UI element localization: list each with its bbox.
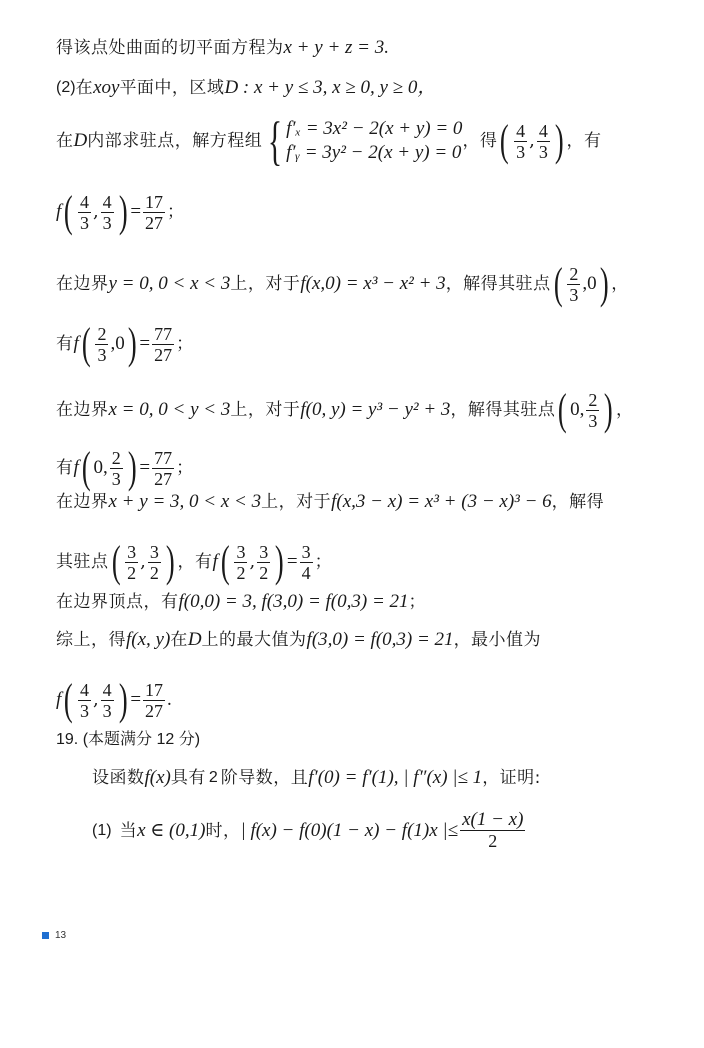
left-paren: ( <box>64 678 73 722</box>
fraction: 32 <box>125 542 138 583</box>
page-marker-icon <box>42 932 49 939</box>
minimum-value-line: f ( 43, 43 ) = 1727 . <box>56 678 172 722</box>
fraction: 43 <box>101 680 114 721</box>
fraction: 34 <box>300 542 313 583</box>
denominator: 3 <box>78 213 91 233</box>
fraction: 23 <box>110 448 123 489</box>
text: 得该点处曲面的切平面方程为 <box>56 36 284 60</box>
heading-text: 19. (本题满分 12 分) <box>56 728 200 752</box>
left-paren: ( <box>82 322 91 366</box>
numerator: 4 <box>101 192 114 213</box>
numerator: 2 <box>586 390 599 411</box>
fraction: 32 <box>148 542 161 583</box>
math: 0, <box>93 456 107 480</box>
part-label: (1) <box>92 819 112 843</box>
text: ， <box>616 398 634 422</box>
text: ； <box>176 456 194 480</box>
text: ，最小值为 <box>454 628 542 652</box>
denominator: 3 <box>101 213 114 233</box>
left-paren: ( <box>221 540 230 584</box>
numerator: 4 <box>78 680 91 701</box>
denominator: 3 <box>95 345 108 365</box>
text: ，解得其驻点 <box>450 398 555 422</box>
math: f <box>213 550 218 574</box>
boundary-diagonal-line: 在边界 x + y = 3, 0 < x < 3 上，对于 f(x,3 − x)… <box>56 490 604 514</box>
denominator: 3 <box>567 285 580 305</box>
math: D <box>74 129 88 153</box>
fraction: 43 <box>537 121 550 162</box>
fraction: 23 <box>586 390 599 431</box>
fraction: 32 <box>234 542 247 583</box>
conclusion-line: 综上，得 f(x, y) 在 D 上的最大值为 f(3,0) = f(0,3) … <box>56 628 541 652</box>
right-paren: ) <box>275 540 284 584</box>
text: ； <box>176 332 194 356</box>
numerator: 3 <box>234 542 247 563</box>
denominator: 3 <box>110 469 123 489</box>
numerator: 77 <box>152 324 174 345</box>
denominator: 3 <box>101 701 114 721</box>
right-paren: ) <box>119 678 128 722</box>
text: ， <box>611 272 629 296</box>
math: f <box>56 200 61 224</box>
page-number: 13 <box>55 930 66 941</box>
fraction: 43 <box>514 121 527 162</box>
math: y = 0, 0 < x < 3 <box>109 272 231 296</box>
numerator: 4 <box>514 121 527 142</box>
boundary-x0-value-line: 有 f ( 0, 23 ) = 7727 ； <box>56 446 194 490</box>
text: 综上，得 <box>56 628 126 652</box>
stationary-point-interior-line: 在 D 内部求驻点，解方程组 { f′ₓ = 3x² − 2(x + y) = … <box>56 114 601 168</box>
boundary-diagonal-value-line: 其驻点 ( 32, 32 ) ，有 f ( 32, 32 ) = 34 ； <box>56 540 332 584</box>
denominator: 2 <box>486 831 499 851</box>
math: ,0 <box>582 272 596 296</box>
question-19-heading: 19. (本题满分 12 分) <box>56 728 200 752</box>
text: 有 <box>56 456 74 480</box>
math: f <box>74 456 79 480</box>
text: 平面中，区域 <box>119 76 224 100</box>
denominator: 27 <box>143 701 165 721</box>
text: 在边界顶点，有 <box>56 590 179 614</box>
denominator: 2 <box>125 563 138 583</box>
numerator: 2 <box>567 264 580 285</box>
numerator: 3 <box>125 542 138 563</box>
numerator: 2 <box>95 324 108 345</box>
text: 在边界 <box>56 272 109 296</box>
tangent-plane-line: 得该点处曲面的切平面方程为 x + y + z = 3. <box>56 36 389 60</box>
text: 在 <box>170 628 188 652</box>
fraction: 43 <box>78 192 91 233</box>
denominator: 3 <box>514 142 527 162</box>
equals: = <box>139 332 150 356</box>
numerator: 3 <box>148 542 161 563</box>
math: f(3,0) = f(0,3) = 21 <box>307 628 454 652</box>
right-paren: ) <box>166 540 175 584</box>
math: f′(0) = f′(1), | f″(x) |≤ 1 <box>308 766 482 790</box>
numerator: 77 <box>152 448 174 469</box>
text: ，解得其驻点 <box>446 272 551 296</box>
fraction: 43 <box>78 680 91 721</box>
equals: = <box>130 688 141 712</box>
left-paren: ( <box>64 190 73 234</box>
left-paren: ( <box>554 262 563 306</box>
text: ，解得 <box>552 490 605 514</box>
math: f(x,3 − x) = x³ + (3 − x)³ − 6 <box>331 490 552 514</box>
math: f(x) <box>145 766 171 790</box>
math: x = 0, 0 < y < 3 <box>109 398 231 422</box>
equation-2: f′ᵧ = 3y² − 2(x + y) = 0 <box>286 141 462 165</box>
numerator: 4 <box>101 680 114 701</box>
text: 上，对于 <box>230 272 300 296</box>
text: 上，对于 <box>230 398 300 422</box>
right-paren: ) <box>555 119 564 163</box>
text: 上的最大值为 <box>202 628 307 652</box>
fraction: 23 <box>567 264 580 305</box>
right-paren: ) <box>128 322 137 366</box>
right-paren: ) <box>604 388 613 432</box>
text: 在边界 <box>56 398 109 422</box>
equals: = <box>130 200 141 224</box>
math: f <box>74 332 79 356</box>
text: 在边界 <box>56 490 109 514</box>
text: 当 <box>120 819 138 843</box>
math: ,0 <box>110 332 124 356</box>
page-footer: 13 <box>42 930 66 941</box>
boundary-y0-value-line: 有 f ( 23 ,0 ) = 7727 ； <box>56 322 194 366</box>
left-paren: ( <box>558 388 567 432</box>
text: 内部求驻点，解方程组 <box>87 129 262 153</box>
math: xoy <box>93 76 119 100</box>
fraction: 32 <box>257 542 270 583</box>
interior-value-line: f ( 43, 43 ) = 1727 ； <box>56 190 185 234</box>
denominator: 4 <box>300 563 313 583</box>
text: 在 <box>56 129 74 153</box>
math: | f(x) − f(0)(1 − x) − f(1)x |≤ <box>240 819 458 843</box>
numerator: 4 <box>537 121 550 142</box>
text: ； <box>315 550 333 574</box>
denominator: 27 <box>152 345 174 365</box>
left-paren: ( <box>82 446 91 490</box>
numerator: 17 <box>143 680 165 701</box>
denominator: 27 <box>143 213 165 233</box>
text: 时， <box>205 819 240 843</box>
text: 有 <box>56 332 74 356</box>
equals: = <box>139 456 150 480</box>
fraction: 7727 <box>152 448 174 489</box>
denominator: 3 <box>537 142 550 162</box>
text: 阶导数，且 <box>221 766 309 790</box>
numerator: 3 <box>300 542 313 563</box>
fraction: 1727 <box>143 680 165 721</box>
math: 0, <box>570 398 584 422</box>
denominator: 3 <box>78 701 91 721</box>
vertex-values-line: 在边界顶点，有 f(0,0) = 3, f(3,0) = f(0,3) = 21… <box>56 590 426 614</box>
fraction: 7727 <box>152 324 174 365</box>
text: 在 <box>76 76 94 100</box>
numerator: x(1 − x) <box>460 810 525 831</box>
right-paren: ) <box>119 190 128 234</box>
boundary-x0-line: 在边界 x = 0, 0 < y < 3 上，对于 f(0, y) = y³ −… <box>56 388 634 432</box>
denominator: 27 <box>152 469 174 489</box>
equation-1: f′ₓ = 3x² − 2(x + y) = 0 <box>286 117 462 141</box>
text: 设函数 <box>92 766 145 790</box>
text: ，证明: <box>482 766 541 790</box>
text: ，得 <box>462 129 497 153</box>
text: 其驻点 <box>56 550 109 574</box>
right-paren: ) <box>600 262 609 306</box>
fraction: 1727 <box>143 192 165 233</box>
left-paren: ( <box>111 540 120 584</box>
text: ； <box>409 590 427 614</box>
numerator: 17 <box>143 192 165 213</box>
text: ，有 <box>566 129 601 153</box>
text: 具有 <box>171 766 206 790</box>
left-brace: { <box>268 114 282 168</box>
math: f <box>56 688 61 712</box>
math: x + y = 3, 0 < x < 3 <box>109 490 262 514</box>
equation-system: f′ₓ = 3x² − 2(x + y) = 0 f′ᵧ = 3y² − 2(x… <box>286 117 462 165</box>
fraction: x(1 − x)2 <box>460 810 525 851</box>
problem-statement-line: 设函数 f(x) 具有 2 阶导数，且 f′(0) = f′(1), | f″(… <box>92 766 541 790</box>
numerator: 4 <box>78 192 91 213</box>
denominator: 2 <box>234 563 247 583</box>
part-label: (2) <box>56 76 76 100</box>
math: D <box>188 628 202 652</box>
denominator: 3 <box>586 411 599 431</box>
number: 2 <box>209 766 218 790</box>
math: x ∈ (0,1) <box>137 819 205 843</box>
numerator: 2 <box>110 448 123 469</box>
text: . <box>167 688 172 712</box>
left-paren: ( <box>500 119 509 163</box>
denominator: 2 <box>148 563 161 583</box>
math: x + y + z = 3. <box>284 36 389 60</box>
region-definition-line: (2) 在 xoy 平面中，区域 D : x + y ≤ 3, x ≥ 0, y… <box>56 76 436 100</box>
math: f(0,0) = 3, f(3,0) = f(0,3) = 21 <box>179 590 409 614</box>
boundary-y0-line: 在边界 y = 0, 0 < x < 3 上，对于 f(x,0) = x³ − … <box>56 262 629 306</box>
text: 上，对于 <box>261 490 331 514</box>
denominator: 2 <box>257 563 270 583</box>
fraction: 23 <box>95 324 108 365</box>
right-paren: ) <box>128 446 137 490</box>
text: ； <box>167 200 185 224</box>
math: D : x + y ≤ 3, x ≥ 0, y ≥ 0， <box>224 76 436 100</box>
fraction: 43 <box>101 192 114 233</box>
numerator: 3 <box>257 542 270 563</box>
equals: = <box>287 550 298 574</box>
math: f(0, y) = y³ − y² + 3 <box>300 398 450 422</box>
part-1-statement-line: (1) 当 x ∈ (0,1) 时， | f(x) − f(0)(1 − x) … <box>92 810 527 851</box>
math: f(x, y) <box>126 628 170 652</box>
math: f(x,0) = x³ − x² + 3 <box>300 272 445 296</box>
text: ，有 <box>178 550 213 574</box>
